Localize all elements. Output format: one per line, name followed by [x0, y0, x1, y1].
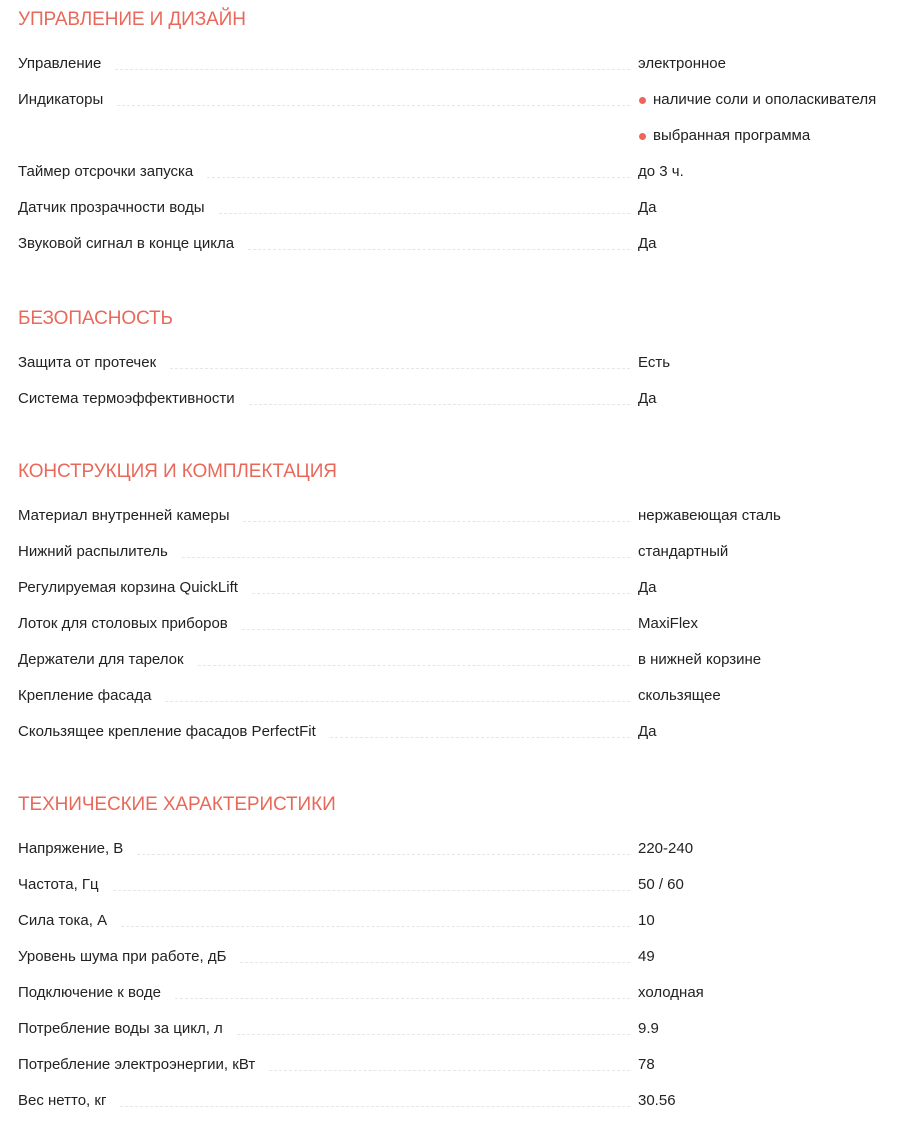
- spec-value-cell: Да: [638, 198, 657, 218]
- spec-rows: Напряжение, В220-240Частота, Гц50 / 60Си…: [18, 839, 898, 1127]
- spec-label-cell: Управление: [18, 54, 630, 74]
- section-title: УПРАВЛЕНИЕ И ДИЗАЙН: [18, 8, 898, 32]
- spec-label-cell: Датчик прозрачности воды: [18, 198, 630, 218]
- spec-row: Скользящее крепление фасадов PerfectFitД…: [18, 722, 898, 758]
- dotted-leader: [115, 69, 630, 70]
- spec-value-cell: холодная: [638, 983, 704, 1003]
- spec-value: 49: [638, 948, 655, 965]
- spec-label: Защита от протечек: [18, 353, 156, 373]
- dotted-leader: [165, 701, 630, 702]
- dotted-leader: [242, 629, 630, 630]
- spec-section: УПРАВЛЕНИЕ И ДИЗАЙНУправлениеэлектронное…: [18, 8, 898, 270]
- spec-label: Система термоэффективности: [18, 389, 235, 409]
- spec-value: MaxiFlex: [638, 615, 698, 632]
- spec-label: Управление: [18, 54, 101, 74]
- spec-value-cell: 49: [638, 947, 655, 967]
- spec-value-cell: 50 / 60: [638, 875, 684, 895]
- spec-row: Держатели для тарелокв нижней корзине: [18, 650, 898, 686]
- spec-value-cell: стандартный: [638, 542, 728, 562]
- dotted-leader: [198, 665, 630, 666]
- spec-value-cell: Да: [638, 389, 657, 409]
- spec-label-cell: Защита от протечек: [18, 353, 630, 373]
- spec-label: Скользящее крепление фасадов PerfectFit: [18, 722, 316, 742]
- spec-value: 10: [638, 912, 655, 929]
- dotted-leader: [219, 213, 630, 214]
- spec-label: Держатели для тарелок: [18, 650, 184, 670]
- spec-value: Да: [638, 579, 657, 596]
- spec-value-cell: 10: [638, 911, 655, 931]
- spec-value: наличие соли и ополаскивателя: [653, 90, 876, 110]
- spec-row: Сила тока, А10: [18, 911, 898, 947]
- dotted-leader: [248, 249, 630, 250]
- spec-rows: Защита от протечекЕстьСистема термоэффек…: [18, 353, 898, 425]
- spec-label-cell: Частота, Гц: [18, 875, 630, 895]
- spec-value-list: наличие соли и ополаскивателявыбранная п…: [638, 90, 876, 146]
- spec-label-cell: Таймер отсрочки запуска: [18, 162, 630, 182]
- spec-value: стандартный: [638, 543, 728, 560]
- spec-value-cell: Есть: [638, 353, 670, 373]
- dotted-leader: [121, 926, 630, 927]
- spec-label-cell: Сила тока, А: [18, 911, 630, 931]
- spec-row: Подключение к водехолодная: [18, 983, 898, 1019]
- spec-value: 50 / 60: [638, 876, 684, 893]
- spec-rows: УправлениеэлектронноеИндикаторыналичие с…: [18, 54, 898, 270]
- spec-label: Нижний распылитель: [18, 542, 168, 562]
- spec-label: Крепление фасада: [18, 686, 151, 706]
- spec-label: Материал внутренней камеры: [18, 506, 229, 526]
- spec-row: Материал внутренней камерынержавеющая ст…: [18, 506, 898, 542]
- spec-row: Лоток для столовых приборовMaxiFlex: [18, 614, 898, 650]
- spec-label: Звуковой сигнал в конце цикла: [18, 234, 234, 254]
- dotted-leader: [113, 890, 630, 891]
- spec-row: Вес нетто, кг30.56: [18, 1091, 898, 1127]
- spec-label-cell: Напряжение, В: [18, 839, 630, 859]
- spec-value: Да: [638, 235, 657, 252]
- spec-value-cell: наличие соли и ополаскивателявыбранная п…: [638, 90, 876, 146]
- spec-row: Потребление электроэнергии, кВт78: [18, 1055, 898, 1091]
- spec-section: БЕЗОПАСНОСТЬЗащита от протечекЕстьСистем…: [18, 307, 898, 425]
- spec-value: 30.56: [638, 1092, 676, 1109]
- spec-label-cell: Индикаторы: [18, 90, 630, 110]
- spec-label: Сила тока, А: [18, 911, 107, 931]
- spec-label-cell: Потребление электроэнергии, кВт: [18, 1055, 630, 1075]
- dotted-leader: [120, 1106, 630, 1107]
- spec-value: Да: [638, 199, 657, 216]
- spec-value-cell: 78: [638, 1055, 655, 1075]
- dotted-leader: [269, 1070, 630, 1071]
- spec-value-cell: скользящее: [638, 686, 721, 706]
- spec-row: Таймер отсрочки запускадо 3 ч.: [18, 162, 898, 198]
- spec-row: Датчик прозрачности водыДа: [18, 198, 898, 234]
- dotted-leader: [243, 521, 630, 522]
- spec-label: Напряжение, В: [18, 839, 123, 859]
- spec-label-cell: Потребление воды за цикл, л: [18, 1019, 630, 1039]
- section-title: ТЕХНИЧЕСКИЕ ХАРАКТЕРИСТИКИ: [18, 793, 898, 817]
- spec-label: Датчик прозрачности воды: [18, 198, 205, 218]
- spec-value-cell: 30.56: [638, 1091, 676, 1111]
- spec-label-cell: Звуковой сигнал в конце цикла: [18, 234, 630, 254]
- spec-label-cell: Уровень шума при работе, дБ: [18, 947, 630, 967]
- spec-row: Уровень шума при работе, дБ49: [18, 947, 898, 983]
- spec-label-cell: Материал внутренней камеры: [18, 506, 630, 526]
- spec-row: Напряжение, В220-240: [18, 839, 898, 875]
- spec-value-cell: 220-240: [638, 839, 693, 859]
- spec-value: Да: [638, 723, 657, 740]
- spec-value-cell: MaxiFlex: [638, 614, 698, 634]
- spec-label: Частота, Гц: [18, 875, 99, 895]
- spec-row: Индикаторыналичие соли и ополаскивателяв…: [18, 90, 898, 162]
- spec-row: Управлениеэлектронное: [18, 54, 898, 90]
- dotted-leader: [182, 557, 630, 558]
- spec-label-cell: Вес нетто, кг: [18, 1091, 630, 1111]
- spec-value-cell: 9.9: [638, 1019, 659, 1039]
- spec-value-cell: электронное: [638, 54, 726, 74]
- spec-row: Крепление фасадаскользящее: [18, 686, 898, 722]
- spec-value-cell: Да: [638, 578, 657, 598]
- dotted-leader: [249, 404, 630, 405]
- spec-label: Потребление электроэнергии, кВт: [18, 1055, 255, 1075]
- dotted-leader: [170, 368, 630, 369]
- spec-label: Потребление воды за цикл, л: [18, 1019, 223, 1039]
- spec-label-cell: Крепление фасада: [18, 686, 630, 706]
- spec-value: холодная: [638, 984, 704, 1001]
- spec-row: Система термоэффективностиДа: [18, 389, 898, 425]
- spec-value: в нижней корзине: [638, 651, 761, 668]
- spec-value: электронное: [638, 55, 726, 72]
- dotted-leader: [330, 737, 630, 738]
- spec-row: Звуковой сигнал в конце циклаДа: [18, 234, 898, 270]
- dotted-leader: [237, 1034, 630, 1035]
- spec-section: ТЕХНИЧЕСКИЕ ХАРАКТЕРИСТИКИНапряжение, В2…: [18, 793, 898, 1127]
- spec-label-cell: Подключение к воде: [18, 983, 630, 1003]
- dotted-leader: [252, 593, 630, 594]
- dotted-leader: [117, 105, 630, 106]
- spec-label: Таймер отсрочки запуска: [18, 162, 193, 182]
- section-title: БЕЗОПАСНОСТЬ: [18, 307, 898, 331]
- spec-row: Частота, Гц50 / 60: [18, 875, 898, 911]
- spec-label: Уровень шума при работе, дБ: [18, 947, 226, 967]
- spec-label-cell: Скользящее крепление фасадов PerfectFit: [18, 722, 630, 742]
- spec-value: нержавеющая сталь: [638, 507, 781, 524]
- spec-value-cell: нержавеющая сталь: [638, 506, 781, 526]
- spec-section: КОНСТРУКЦИЯ И КОМПЛЕКТАЦИЯМатериал внутр…: [18, 460, 898, 758]
- spec-label-cell: Лоток для столовых приборов: [18, 614, 630, 634]
- spec-value: 220-240: [638, 840, 693, 857]
- spec-value: до 3 ч.: [638, 163, 684, 180]
- dotted-leader: [137, 854, 630, 855]
- spec-label-cell: Нижний распылитель: [18, 542, 630, 562]
- spec-row: Потребление воды за цикл, л9.9: [18, 1019, 898, 1055]
- dotted-leader: [175, 998, 630, 999]
- spec-label: Подключение к воде: [18, 983, 161, 1003]
- spec-row: Нижний распылительстандартный: [18, 542, 898, 578]
- spec-value: Да: [638, 390, 657, 407]
- spec-value-cell: до 3 ч.: [638, 162, 684, 182]
- spec-value-item: выбранная программа: [638, 126, 876, 146]
- section-title: КОНСТРУКЦИЯ И КОМПЛЕКТАЦИЯ: [18, 460, 898, 484]
- spec-label: Регулируемая корзина QuickLift: [18, 578, 238, 598]
- bullet-dot-icon: [639, 133, 646, 140]
- spec-label: Вес нетто, кг: [18, 1091, 106, 1111]
- dotted-leader: [207, 177, 630, 178]
- spec-label-cell: Регулируемая корзина QuickLift: [18, 578, 630, 598]
- spec-label-cell: Система термоэффективности: [18, 389, 630, 409]
- bullet-dot-icon: [639, 97, 646, 104]
- spec-row: Защита от протечекЕсть: [18, 353, 898, 389]
- spec-value: 78: [638, 1056, 655, 1073]
- spec-value-cell: в нижней корзине: [638, 650, 761, 670]
- spec-row: Регулируемая корзина QuickLiftДа: [18, 578, 898, 614]
- spec-value-cell: Да: [638, 234, 657, 254]
- spec-value: 9.9: [638, 1020, 659, 1037]
- spec-value: Есть: [638, 354, 670, 371]
- spec-label: Лоток для столовых приборов: [18, 614, 228, 634]
- spec-value-item: наличие соли и ополаскивателя: [638, 90, 876, 110]
- dotted-leader: [240, 962, 630, 963]
- spec-value: выбранная программа: [653, 126, 810, 146]
- spec-label-cell: Держатели для тарелок: [18, 650, 630, 670]
- spec-value-cell: Да: [638, 722, 657, 742]
- spec-value: скользящее: [638, 687, 721, 704]
- spec-label: Индикаторы: [18, 90, 103, 110]
- spec-rows: Материал внутренней камерынержавеющая ст…: [18, 506, 898, 758]
